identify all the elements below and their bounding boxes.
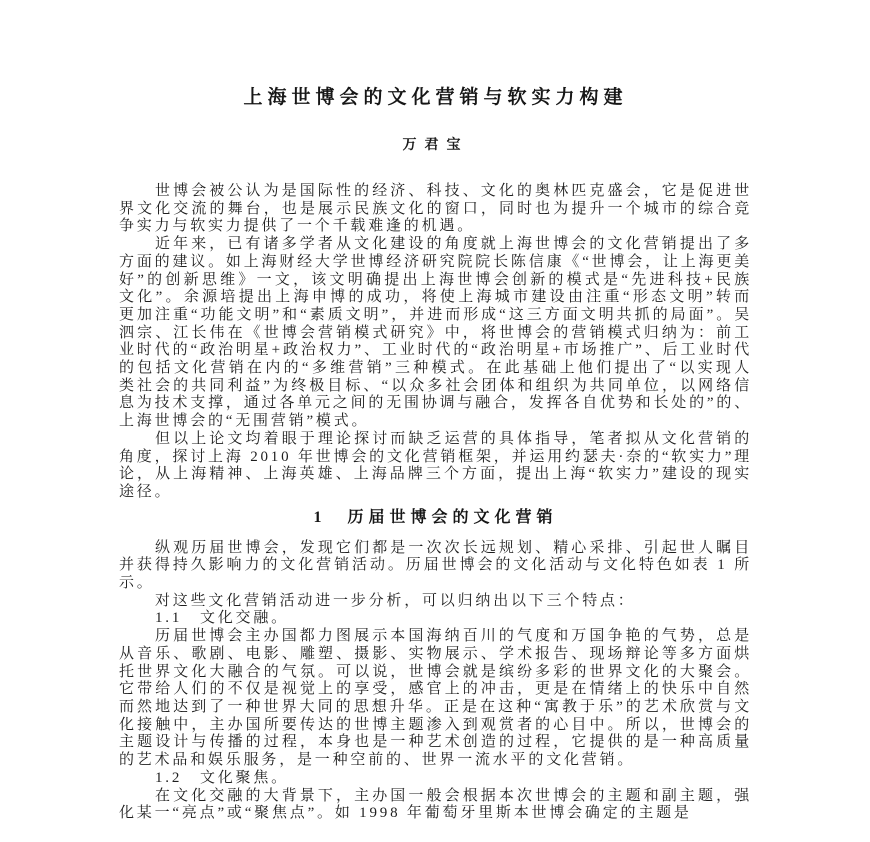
intro-paragraph-1: 世博会被公认为是国际性的经济、科技、文化的奥林匹克盛会，它是促进世界文化交流的舞… [119,183,752,236]
section-heading: 1 历届世博会的文化营销 [119,508,752,528]
page-title: 上海世博会的文化营销与软实力构建 [119,85,752,111]
intro-paragraph-2: 近年来，已有诸多学者从文化建设的角度就上海世博会的文化营销提出了多方面的建议。如… [119,236,752,431]
section-paragraph-2: 对这些文化营销活动进一步分析，可以归纳出以下三个特点： [119,593,752,611]
author-name: 万君宝 [119,136,752,155]
document-page: 上海世博会的文化营销与软实力构建 万君宝 世博会被公认为是国际性的经济、科技、文… [0,0,870,842]
subsection-label-1-2: 1.2 文化聚焦。 [119,770,752,788]
document-content: 上海世博会的文化营销与软实力构建 万君宝 世博会被公认为是国际性的经济、科技、文… [119,0,752,823]
section-paragraph-1: 纵观历届世博会，发现它们都是一次次长远规划、精心采排、引起世人瞩目并获得持久影响… [119,540,752,593]
document-body: 世博会被公认为是国际性的经济、科技、文化的奥林匹克盛会，它是促进世界文化交流的舞… [119,183,752,823]
section-paragraph-3: 历届世博会主办国都力图展示本国海纳百川的气度和万国争艳的气势，总是从音乐、歌剧、… [119,628,752,770]
subsection-label-1-1: 1.1 文化交融。 [119,610,752,628]
section-paragraph-4: 在文化交融的大背景下，主办国一般会根据本次世博会的主题和副主题，强化某一“亮点”… [119,788,752,823]
intro-paragraph-3: 但以上论文均着眼于理论探讨而缺乏运营的具体指导，笔者拟从文化营销的角度，探讨上海… [119,431,752,502]
